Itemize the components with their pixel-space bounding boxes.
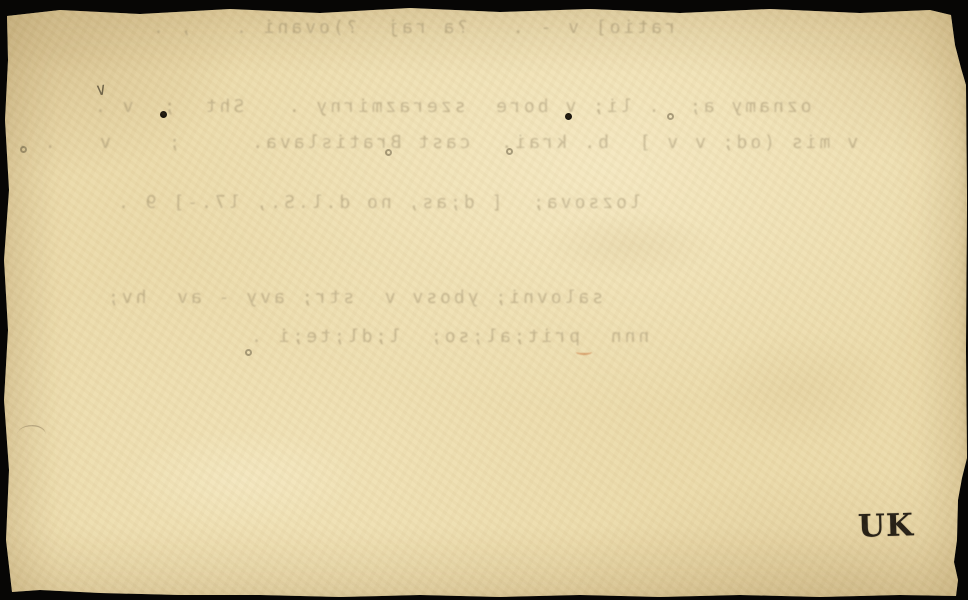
uk-library-stamp: UK — [858, 507, 915, 544]
ink-speck — [565, 113, 572, 120]
pencil-check-mark: ∨ — [95, 79, 108, 100]
paper-stain — [700, 330, 900, 450]
ghost-text-line: lozsova; [ d;as, no d.l.S., l7.-] 9 . — [115, 192, 641, 214]
scanned-card-image: ratio] v - . ?a raj ?)ovani . , . oznamy… — [0, 0, 968, 600]
paper-stain — [120, 430, 360, 530]
hair-scratch-mark — [17, 423, 46, 438]
orange-scratch-mark — [576, 349, 592, 355]
ink-speck — [245, 349, 252, 356]
ink-speck — [385, 149, 392, 156]
paper-stain — [540, 210, 720, 280]
ink-speck — [506, 148, 513, 155]
ghost-text-line: oznamy a; . li; v bore szerazmirny . Sht… — [92, 96, 812, 118]
ghost-text-line: v mis (od; v v ] b. krai. cast Bratislav… — [14, 132, 858, 154]
ghost-text-line: salovni; ybosv v str; avy - av hv; — [105, 287, 603, 309]
ghost-text-line: ratio] v - . ?a raj ?)ovani . , . — [150, 17, 676, 39]
catalog-card-paper: ratio] v - . ?a raj ?)ovani . , . oznamy… — [0, 0, 968, 600]
ink-speck — [667, 113, 674, 120]
ghost-text-line: nnn prit;al;so; l;dl;te;i . — [248, 326, 649, 348]
ink-speck — [20, 146, 27, 153]
ink-speck — [160, 111, 167, 118]
